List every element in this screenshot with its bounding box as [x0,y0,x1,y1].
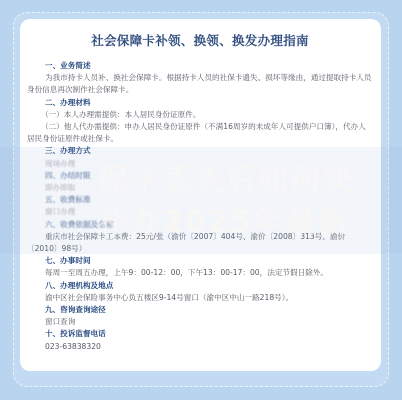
watermark-line-2: 补办2025年最新 [98,202,358,244]
section-body-9: 窗口查询 [27,316,373,328]
section-heading-8: 八、办理机构及地点 [27,280,373,292]
watermark-line-1: 保卡丢失后如何快 [98,160,358,202]
section-body-2b: （二）他人代办需提供：申办人居民身份证原件（不满16周岁的未成年人可提供户口簿）… [27,121,373,145]
complaint-phone: 023-63838320 [27,341,373,353]
section-heading-2: 二、办理材料 [27,97,373,109]
section-body-1: 为我市持卡人员补、换社会保障卡。根据持卡人员的社保卡遗失、损坏等缘由，通过提取持… [27,72,373,96]
watermark-text: 保卡丢失后如何快 补办2025年最新 [98,160,358,244]
section-heading-3: 三、办理方式 [27,145,373,157]
section-heading-1: 一、业务简述 [27,60,373,72]
section-heading-9: 九、咨询查询途径 [27,304,373,316]
section-heading-7: 七、办事时间 [27,255,373,267]
page-title: 社会保障卡补领、换领、换发办理指南 [27,31,373,49]
section-heading-10: 十、投诉监督电话 [27,328,373,340]
section-body-2a: （一）本人办理需提供：本人居民身份证原件。 [27,109,373,121]
section-body-7: 每周一至周五办理，上午9：00-12：00，下午13：00-17：00，法定节假… [27,267,373,279]
section-body-8: 渝中区社会保险事务中心负五楼区9-14号窗口（渝中区中山一路218号）。 [27,292,373,304]
